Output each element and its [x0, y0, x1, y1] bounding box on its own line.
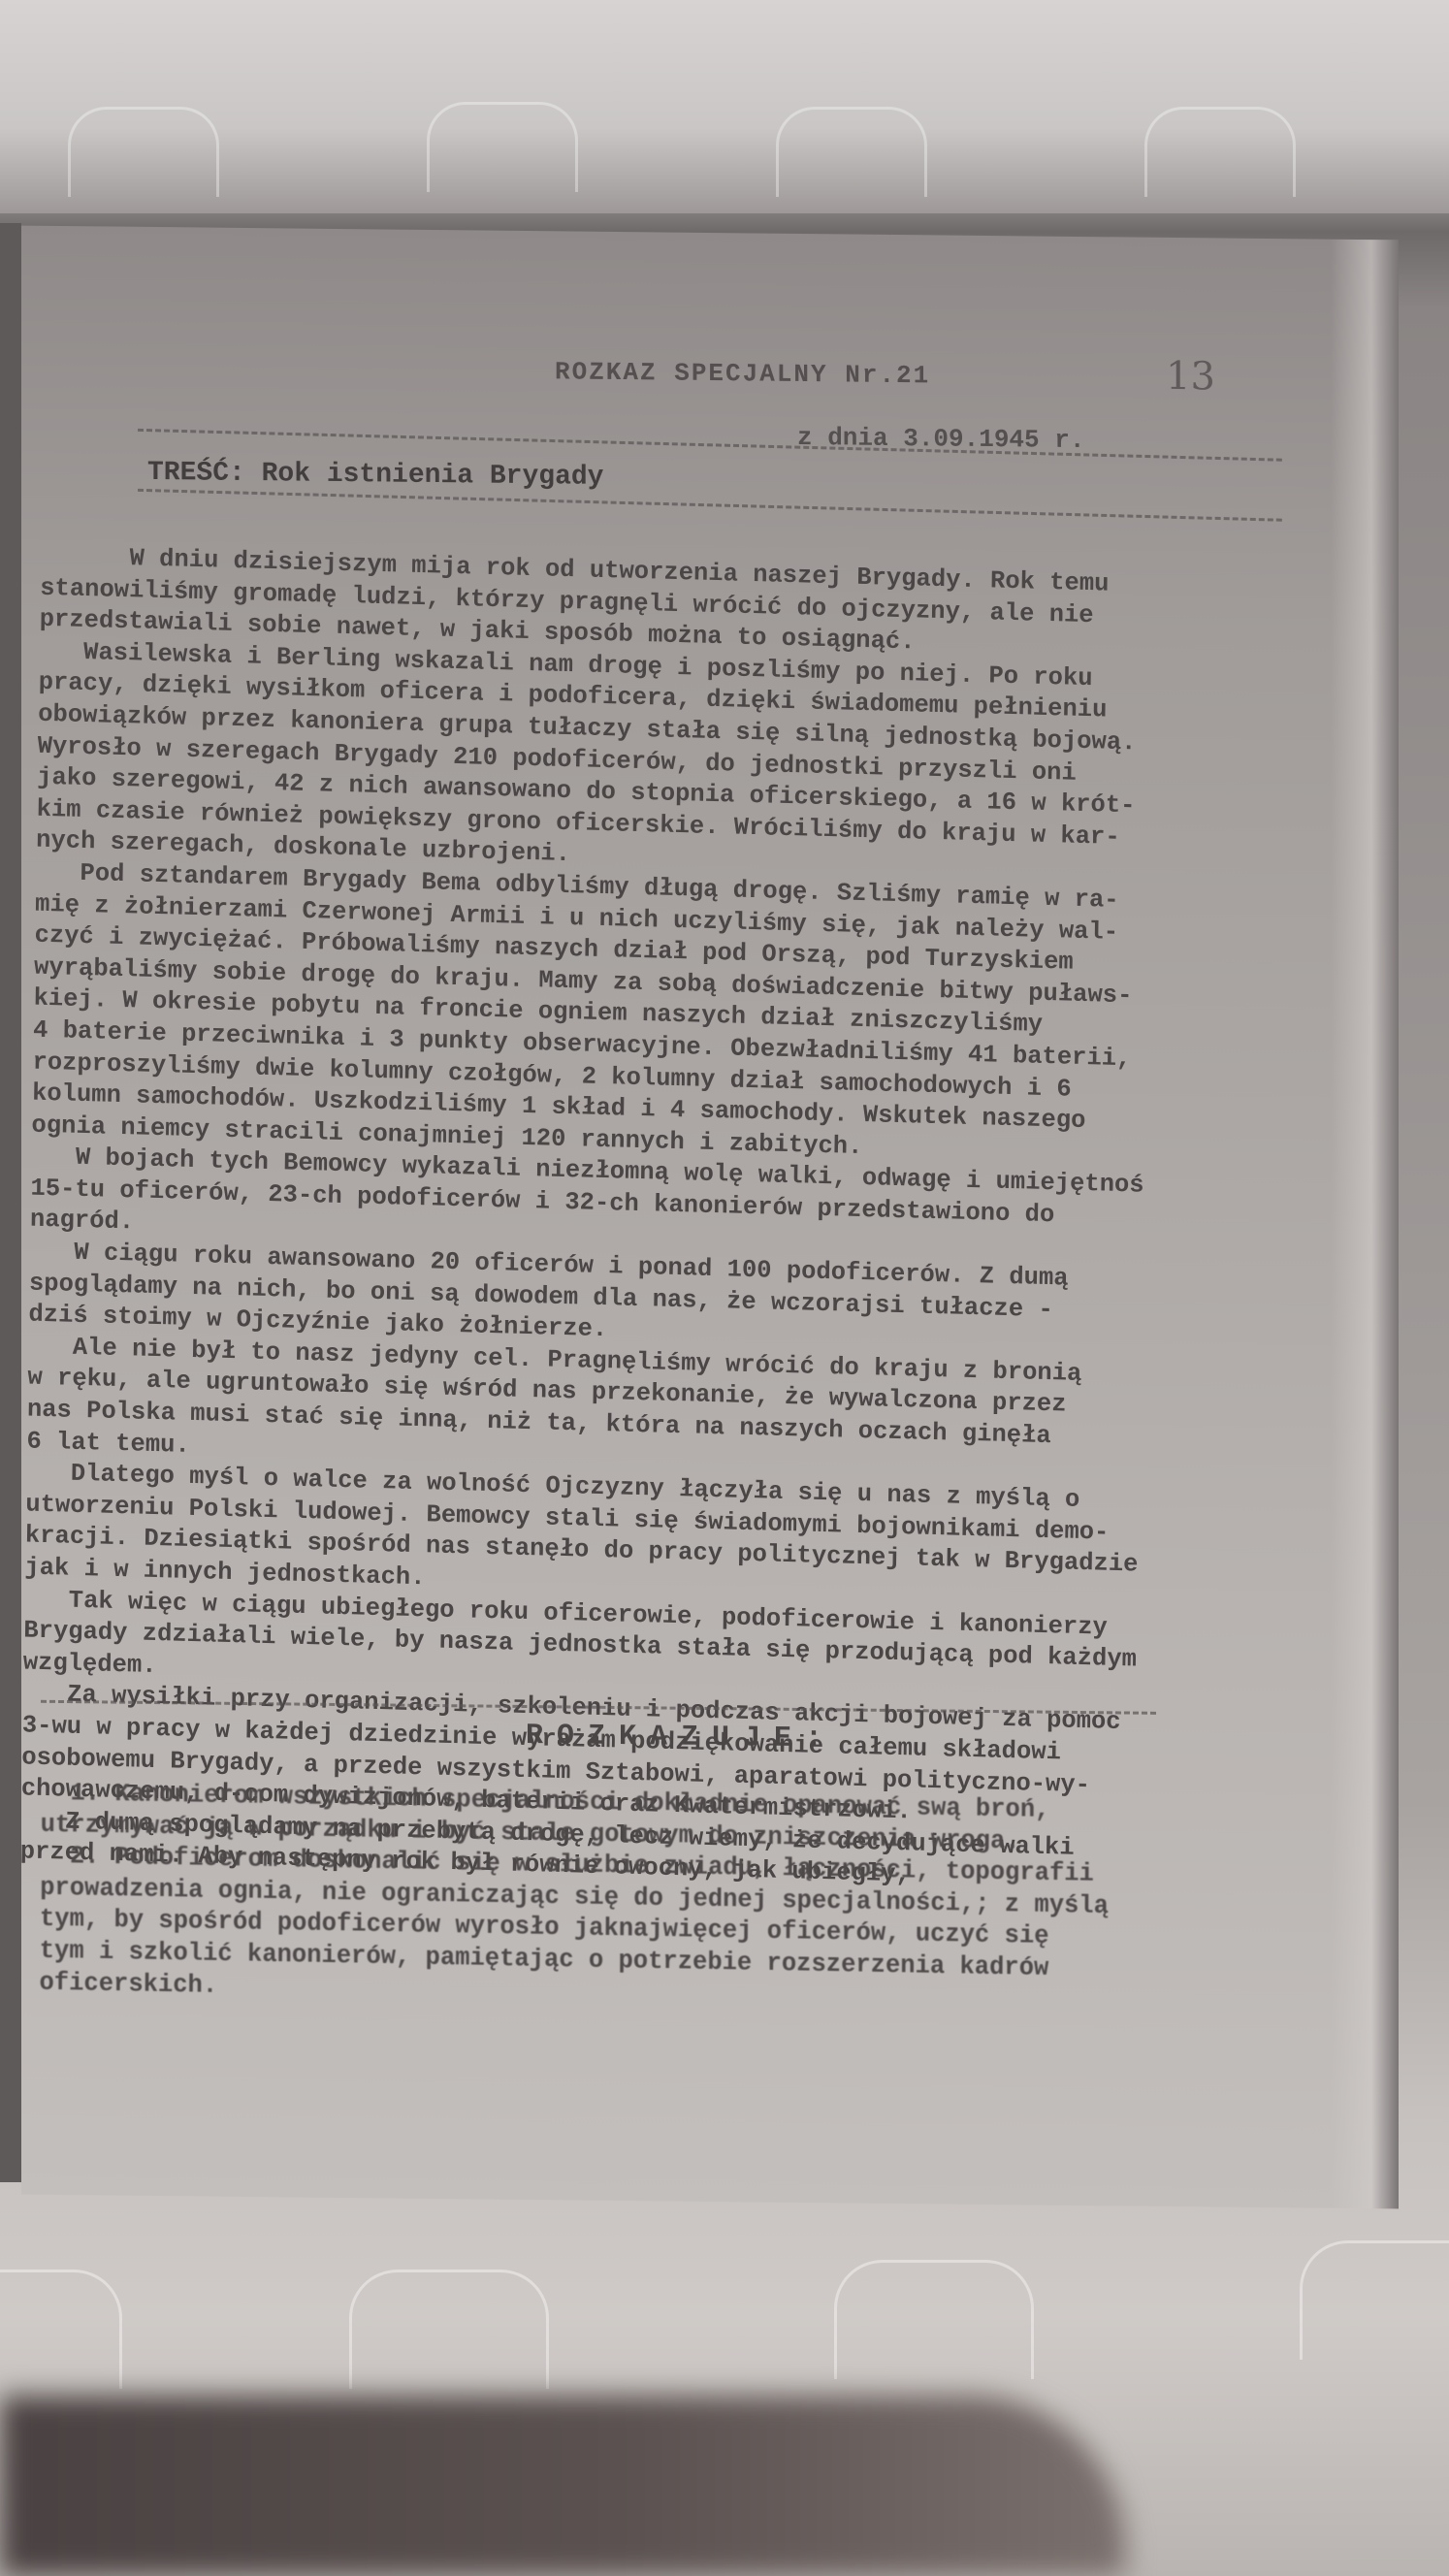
- hand-shadow: [0, 2396, 1125, 2576]
- document-heading: ROZKAZ SPECJALNY Nr.21: [555, 357, 930, 390]
- sleeve-tab: [0, 2270, 122, 2389]
- plastic-sleeve-top: [0, 0, 1449, 213]
- sleeve-tab: [1300, 2240, 1449, 2360]
- sleeve-tab: [1144, 107, 1296, 197]
- orders-list: 1. Kanonierom wszystkich specjalności do…: [39, 1778, 1399, 2023]
- sleeve-tab: [776, 107, 927, 197]
- document-subject: TREŚĆ: Rok istnienia Brygady: [147, 458, 603, 493]
- document-body: W dniu dzisiejszym mija rok od utworzeni…: [19, 541, 1398, 1904]
- binder-edge: [0, 223, 21, 2182]
- document-page: ROZKAZ SPECJALNY Nr.21 13 z dnia 3.09.19…: [21, 226, 1399, 2209]
- divider-line: [138, 429, 1282, 462]
- sleeve-tab: [349, 2270, 549, 2389]
- sleeve-tab: [427, 102, 578, 192]
- typewritten-document: ROZKAZ SPECJALNY Nr.21 13 z dnia 3.09.19…: [41, 226, 1379, 240]
- orders-heading: ROZKAZUJE:: [526, 1720, 836, 1755]
- divider-line: [138, 489, 1282, 522]
- sleeve-tab: [68, 107, 219, 197]
- sleeve-tab: [834, 2260, 1034, 2379]
- handwritten-page-number: 13: [1166, 354, 1215, 400]
